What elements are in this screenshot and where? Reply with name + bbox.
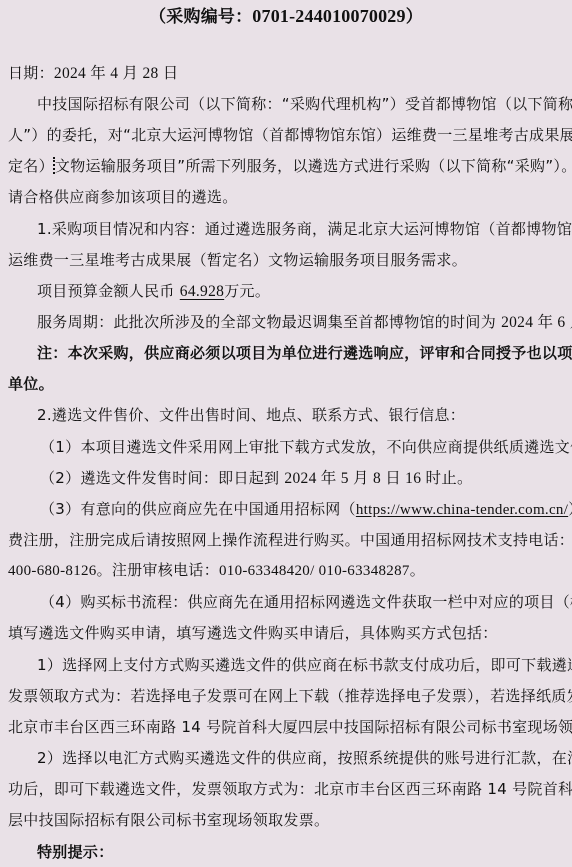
procurement-number: 0701-244010070029 [252,6,405,26]
section2-item-4-line-1: （4）购买标书流程：供应商先在通用招标网遴选文件获取一栏中对应的项目（标）下 [40,587,572,618]
section2-item-3-line-2: 费注册，注册完成后请按照网上操作流程进行购买。中国通用招标网技术支持电话： [8,525,572,556]
date-label: 日期： [8,64,54,82]
date-line: 日期：2024 年 4 月 28 日 [8,58,179,89]
budget-prefix: 项目预算金额人民币 [37,282,180,300]
service-period-line: 服务周期：此批次所涉及的全部文物最迟调集至首都博物馆的时间为 2024 年 6 … [37,307,572,338]
payment-online-line-3: 北京市丰台区西三环南路 14 号院首科大厦四层中技国际招标有限公司标书室现场领取… [8,712,572,743]
payment-online-line-2: 发票领取方式为：若选择电子发票可在网上下载（推荐选择电子发票），若选择纸质发票至 [8,681,572,712]
item3-suffix: ）进行免 [568,500,572,518]
section2-item-2: （2）遴选文件发售时间：即日起到 2024 年 5 月 8 日 16 时止。 [40,463,473,494]
section2-item-3-line-1: （3）有意向的供应商应先在中国通用招标网（https://www.china-t… [40,494,572,525]
section1-line-2: 运维费一三星堆考古成果展（暂定名）文物运输服务项目服务需求。 [8,245,467,276]
note-line-1: 注：本次采购，供应商必须以项目为单位进行遴选响应，评审和合同授予也以项目为 [37,338,572,369]
payment-online-line-1: 1）选择网上支付方式购买遴选文件的供应商在标书款支付成功后，即可下载遴选文件， [37,650,572,681]
payment-wire-line-2: 功后，即可下载遴选文件，发票领取方式为：北京市丰台区西三环南路 14 号院首科大… [8,774,572,805]
intro-line-3a: 定名） [8,157,54,175]
intro-line-1: 中技国际招标有限公司（以下简称：“采购代理机构”）受首都博物馆（以下简称“采购 [37,89,572,120]
section2-item-1: （1）本项目遴选文件采用网上审批下载方式发放，不向供应商提供纸质遴选文件。 [40,432,572,463]
sale-time-value: 2024 年 5 月 8 日 16 时止。 [284,470,472,487]
title-suffix: ） [406,7,423,27]
service-period-prefix: 服务周期：此批次所涉及的全部文物最迟调集至首都博物馆的时间为 [37,313,501,331]
note-line-2: 单位。 [8,369,54,400]
payment-wire-line-3: 层中技国际招标有限公司标书室现场领取发票。 [8,805,329,836]
intro-line-3: 定名）文物运输服务项目”所需下列服务，以遴选方式进行采购（以下简称“采购”）。现… [8,151,572,182]
budget-suffix: 万元。 [224,282,270,300]
budget-amount: 64.928 [180,283,224,300]
intro-line-2: 人”）的委托，对“北京大运河博物馆（首都博物馆东馆）运维费一三星堆考古成果展（暂 [8,120,572,151]
section1-line-1: 1.采购项目情况和内容：通过遴选服务商，满足北京大运河博物馆（首都博物馆东馆） [37,214,572,245]
payment-wire-line-1: 2）选择以电汇方式购买遴选文件的供应商，按照系统提供的账号进行汇款，在汇款成 [37,743,572,774]
date-value: 2024 年 4 月 28 日 [54,65,179,82]
budget-line: 项目预算金额人民币 64.928万元。 [37,276,270,307]
title-prefix: （采购编号： [149,7,252,27]
item3-prefix: （3）有意向的供应商应先在中国通用招标网（ [40,500,356,518]
sale-time-prefix: （2）遴选文件发售时间：即日起到 [40,469,284,487]
procurement-number-title: （采购编号：0701-244010070029） [0,2,572,31]
intro-line-3b: 文物运输服务项目”所需下列服务，以遴选方式进行采购（以下简称“采购”）。现邀 [55,157,572,175]
section2-heading: 2.遴选文件售价、文件出售时间、地点、联系方式、银行信息： [37,400,465,431]
special-note-heading: 特别提示： [37,837,114,867]
section2-item-3-line-3: 400-680-8126。注册审核电话：010-63348420/ 010-63… [8,556,425,587]
china-tender-link[interactable]: https://www.china-tender.com.cn/ [356,502,568,518]
intro-line-4: 请合格供应商参加该项目的遴选。 [8,182,238,213]
section2-item-4-line-2: 填写遴选文件购买申请，填写遴选文件购买申请后，具体购买方式包括： [8,618,498,649]
service-period-date: 2024 年 6 月 5 日。 [501,314,572,331]
